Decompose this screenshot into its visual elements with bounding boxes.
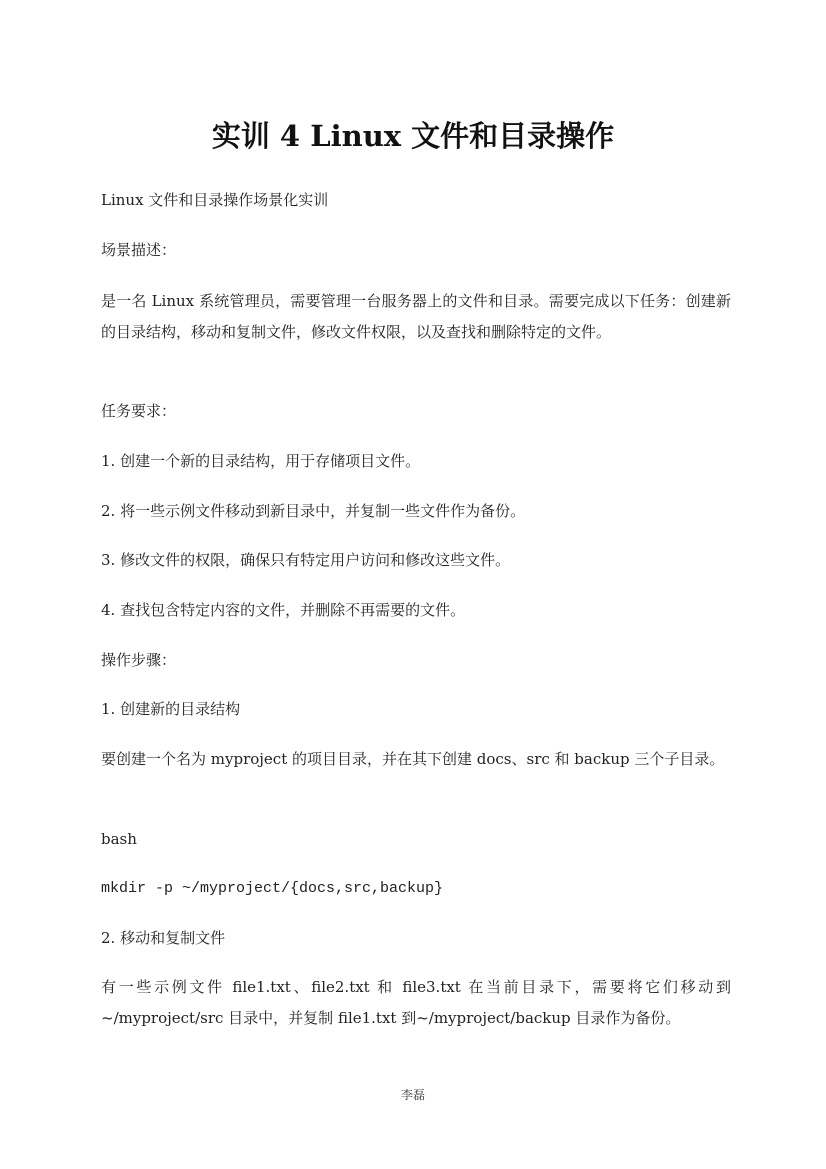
step-text: 要创建一个名为 myproject 的项目目录，并在其下创建 docs、src …	[101, 744, 731, 775]
requirement-item: 4. 查找包含特定内容的文件，并删除不再需要的文件。	[101, 596, 731, 625]
steps-heading: 操作步骤：	[101, 646, 731, 675]
document-subtitle: Linux 文件和目录操作场景化实训	[101, 186, 731, 215]
footer-author: 李磊	[0, 1086, 826, 1103]
code-block: mkdir -p ~/myproject/{docs,src,backup}	[101, 874, 731, 903]
scenario-heading: 场景描述：	[101, 236, 731, 265]
code-language-label: bash	[101, 825, 731, 854]
step-heading: 2. 移动和复制文件	[101, 924, 731, 953]
step-text: 有一些示例文件 file1.txt、file2.txt 和 file3.txt …	[101, 972, 731, 1034]
step-heading: 1. 创建新的目录结构	[101, 695, 731, 724]
document-title: 实训 4 Linux 文件和目录操作	[0, 114, 826, 155]
scenario-text: 是一名 Linux 系统管理员，需要管理一台服务器上的文件和目录。需要完成以下任…	[101, 286, 731, 348]
requirement-item: 2. 将一些示例文件移动到新目录中，并复制一些文件作为备份。	[101, 497, 731, 526]
requirements-heading: 任务要求：	[101, 397, 731, 426]
document-page: 实训 4 Linux 文件和目录操作 Linux 文件和目录操作场景化实训 场景…	[0, 0, 826, 1169]
requirement-item: 1. 创建一个新的目录结构，用于存储项目文件。	[101, 447, 731, 476]
requirement-item: 3. 修改文件的权限，确保只有特定用户访问和修改这些文件。	[101, 546, 731, 575]
